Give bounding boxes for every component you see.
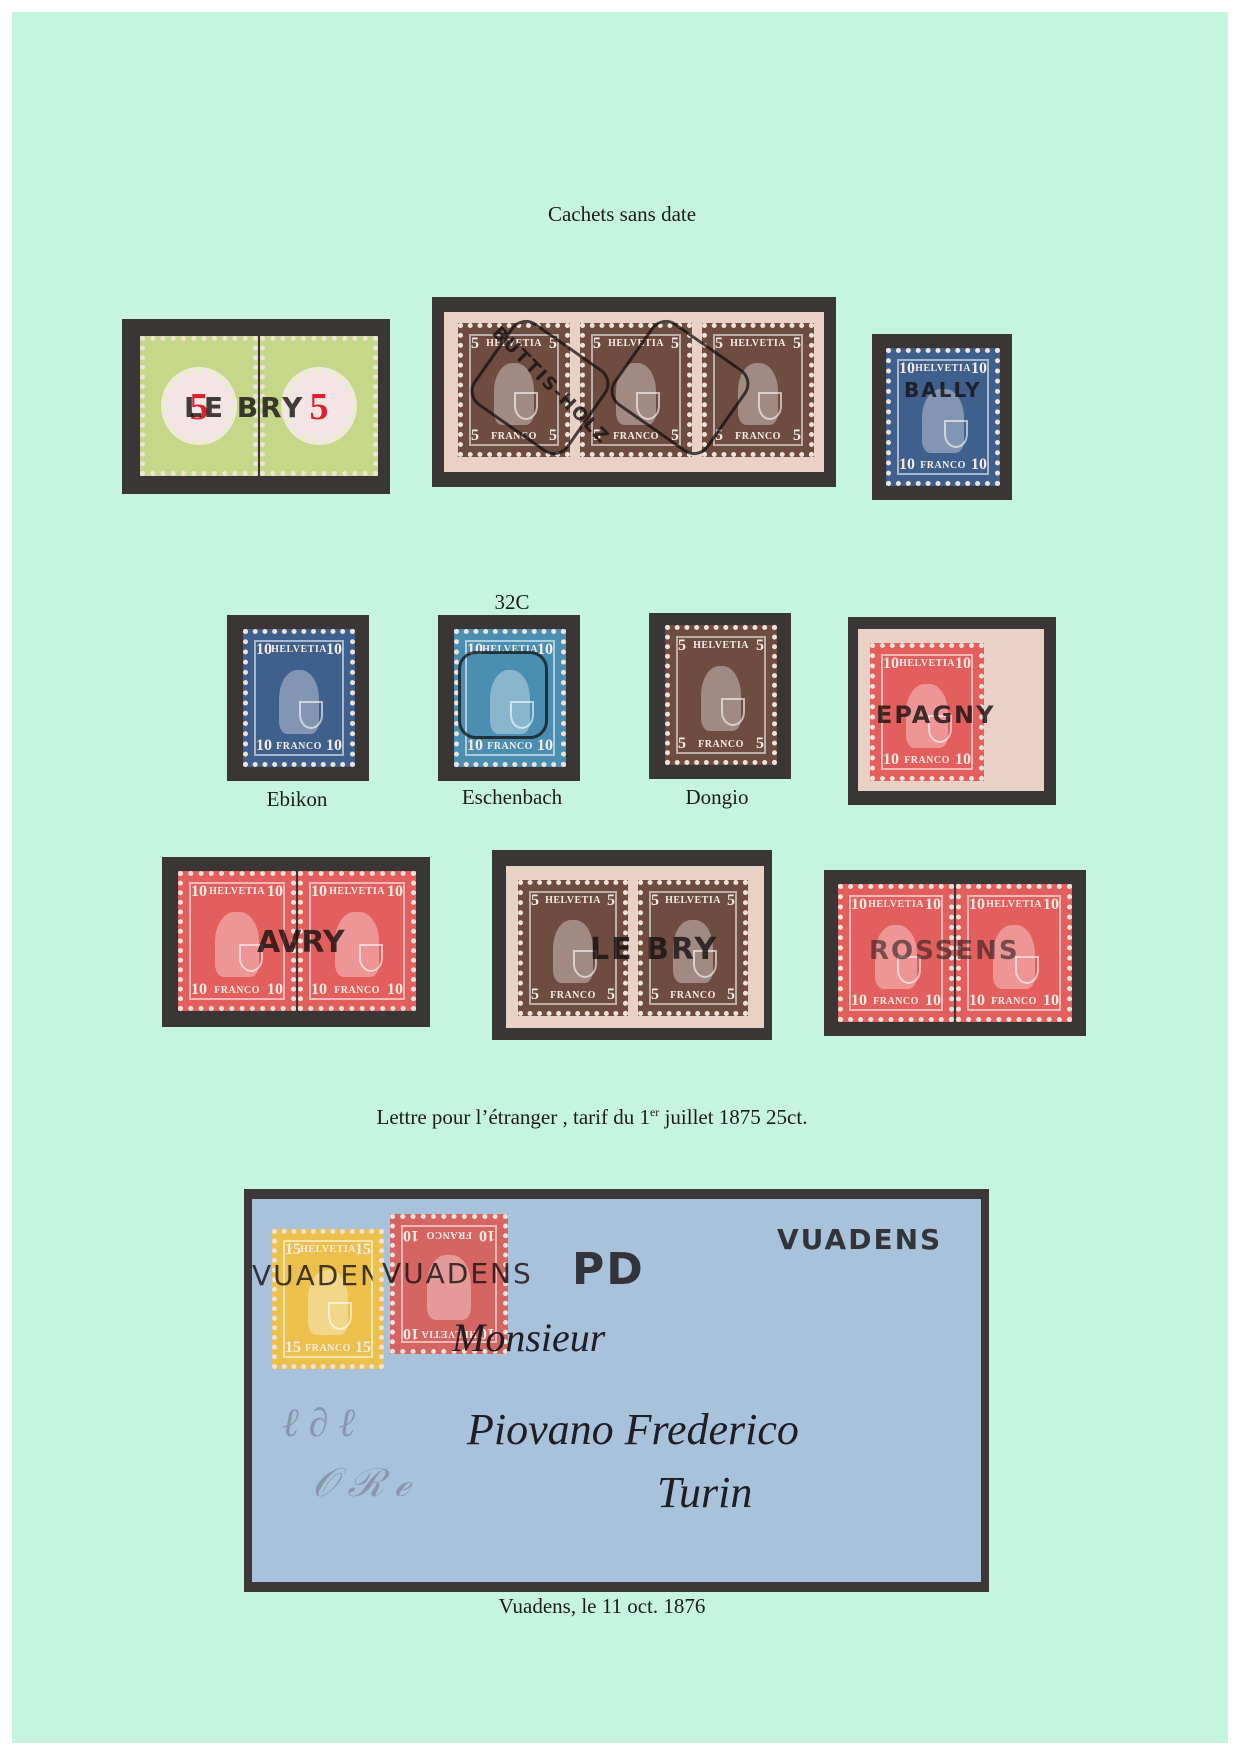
address-line-1: Monsieur bbox=[452, 1314, 605, 1361]
box-cancel bbox=[458, 651, 548, 739]
caption-ebikon: Ebikon bbox=[242, 787, 352, 812]
address-line-3: Turin bbox=[657, 1467, 752, 1518]
mount-postage-due-pair: 5 5 LE BRY bbox=[122, 319, 390, 494]
stamp-bottom-label: FRANCO bbox=[183, 985, 291, 996]
letter-heading-suffix: juillet 1875 25ct. bbox=[659, 1105, 807, 1129]
stamp-top-label: HELVETIA bbox=[183, 886, 291, 897]
letter-caption: Vuadens, le 11 oct. 1876 bbox=[462, 1594, 742, 1619]
stamp-top-label: HELVETIA bbox=[303, 886, 411, 897]
pencil-notes: ℓ ∂ ℓ bbox=[282, 1399, 355, 1446]
stamp-bottom-label: FRANCO bbox=[891, 460, 995, 471]
letter-heading-text: Lettre pour l’étranger , tarif du 1 bbox=[377, 1105, 650, 1129]
cancel-vuadens-middle: VUADENS bbox=[382, 1257, 533, 1290]
mount-rossens-pair: 10 10 10 10 HELVETIA FRANCO 10 10 10 10 … bbox=[824, 870, 1086, 1036]
stamp-5c-brown: 5 5 5 5 HELVETIA FRANCO bbox=[665, 625, 777, 765]
mount-le-bry-pair: 5 5 5 5 HELVETIA FRANCO 5 5 5 5 HELVETIA… bbox=[492, 850, 772, 1040]
stamp-top-label: HELVETIA bbox=[248, 644, 350, 655]
cancel-avry: AVRY bbox=[257, 925, 345, 960]
mount-epagny: 10 10 10 10 HELVETIA FRANCO EPAGNY bbox=[848, 617, 1056, 805]
stamp-bottom-label: FRANCO bbox=[707, 431, 809, 442]
stamp-bottom-label: FRANCO bbox=[875, 755, 979, 766]
address-line-2: Piovano Frederico bbox=[467, 1404, 799, 1455]
letter-cover-mount: 15 15 15 15 HELVETIA FRANCO 10 10 10 10 … bbox=[244, 1189, 989, 1592]
mount-dongio: 5 5 5 5 HELVETIA FRANCO bbox=[649, 613, 791, 779]
cancel-epagny: EPAGNY bbox=[876, 701, 996, 729]
letter-envelope: 15 15 15 15 HELVETIA FRANCO 10 10 10 10 … bbox=[252, 1199, 981, 1582]
stamp-10c-blue: 10 10 10 10 HELVETIA FRANCO bbox=[886, 348, 1000, 486]
stamp-15c-yellow: 15 15 15 15 HELVETIA FRANCO bbox=[272, 1229, 384, 1369]
stamp-bottom-label: FRANCO bbox=[961, 996, 1067, 1007]
letter-heading-sup: er bbox=[650, 1105, 659, 1119]
stamp-top-label: FRANCO bbox=[395, 1229, 503, 1240]
mount-buttisholz-strip: 5 5 5 5 HELVETIA FRANCO 5 5 5 5 HELVETIA… bbox=[432, 297, 836, 487]
caption-eschenbach: Eschenbach bbox=[447, 785, 577, 810]
cancel-vuadens-right: VUADENS bbox=[777, 1223, 942, 1256]
swiss-shield-icon bbox=[359, 944, 383, 972]
page-title: Cachets sans date bbox=[472, 202, 772, 227]
mount-bally: 10 10 10 10 HELVETIA FRANCO BALLY bbox=[872, 334, 1012, 500]
stamp-bottom-label: FRANCO bbox=[459, 741, 561, 752]
stamp-top-label: HELVETIA bbox=[523, 895, 623, 906]
letter-heading: Lettre pour l’étranger , tarif du 1er ju… bbox=[312, 1105, 872, 1130]
stamp-top-label: HELVETIA bbox=[875, 658, 979, 669]
stamp-top-label: HELVETIA bbox=[961, 899, 1067, 910]
album-page: Cachets sans date 5 5 LE BRY 5 5 5 5 HEL… bbox=[12, 12, 1228, 1743]
stamp-top-label: HELVETIA bbox=[643, 895, 743, 906]
stamp-bottom-label: FRANCO bbox=[643, 990, 743, 1001]
section-heading-32c: 32C bbox=[482, 590, 542, 615]
mount-eschenbach: 10 10 10 10 HELVETIA FRANCO bbox=[438, 615, 580, 781]
caption-dongio: Dongio bbox=[667, 785, 767, 810]
pencil-notes: 𝒪 ℛ ℯ bbox=[312, 1459, 410, 1506]
stamp-top-label: HELVETIA bbox=[277, 1244, 379, 1255]
cancel-pd: PD bbox=[572, 1244, 645, 1295]
cancel-rossens: ROSSENS bbox=[869, 936, 1020, 966]
stamp-bottom-label: FRANCO bbox=[670, 739, 772, 750]
mount-avry-pair: 10 10 10 10 HELVETIA FRANCO 10 10 10 10 … bbox=[162, 857, 430, 1027]
stamp-bottom-label: FRANCO bbox=[523, 990, 623, 1001]
stamp-bottom-label: FRANCO bbox=[303, 985, 411, 996]
mount-ebikon: 10 10 10 10 HELVETIA FRANCO bbox=[227, 615, 369, 781]
stamp-top-label: HELVETIA bbox=[891, 363, 995, 374]
cancel-le-bry: LE BRY bbox=[184, 391, 304, 424]
stamp-top-label: HELVETIA bbox=[707, 338, 809, 349]
stamp-10c-blue: 10 10 10 10 HELVETIA FRANCO bbox=[243, 629, 355, 767]
stamp-bottom-label: FRANCO bbox=[248, 741, 350, 752]
swiss-shield-icon bbox=[944, 420, 968, 448]
stamp-bottom-label: FRANCO bbox=[277, 1343, 379, 1354]
stamp-bottom-label: FRANCO bbox=[843, 996, 949, 1007]
cancel-le-bry: LE BRY bbox=[590, 932, 718, 967]
stamp-top-label: HELVETIA bbox=[670, 640, 772, 651]
cancel-bally: BALLY bbox=[904, 378, 982, 402]
stamp-top-label: HELVETIA bbox=[843, 899, 949, 910]
